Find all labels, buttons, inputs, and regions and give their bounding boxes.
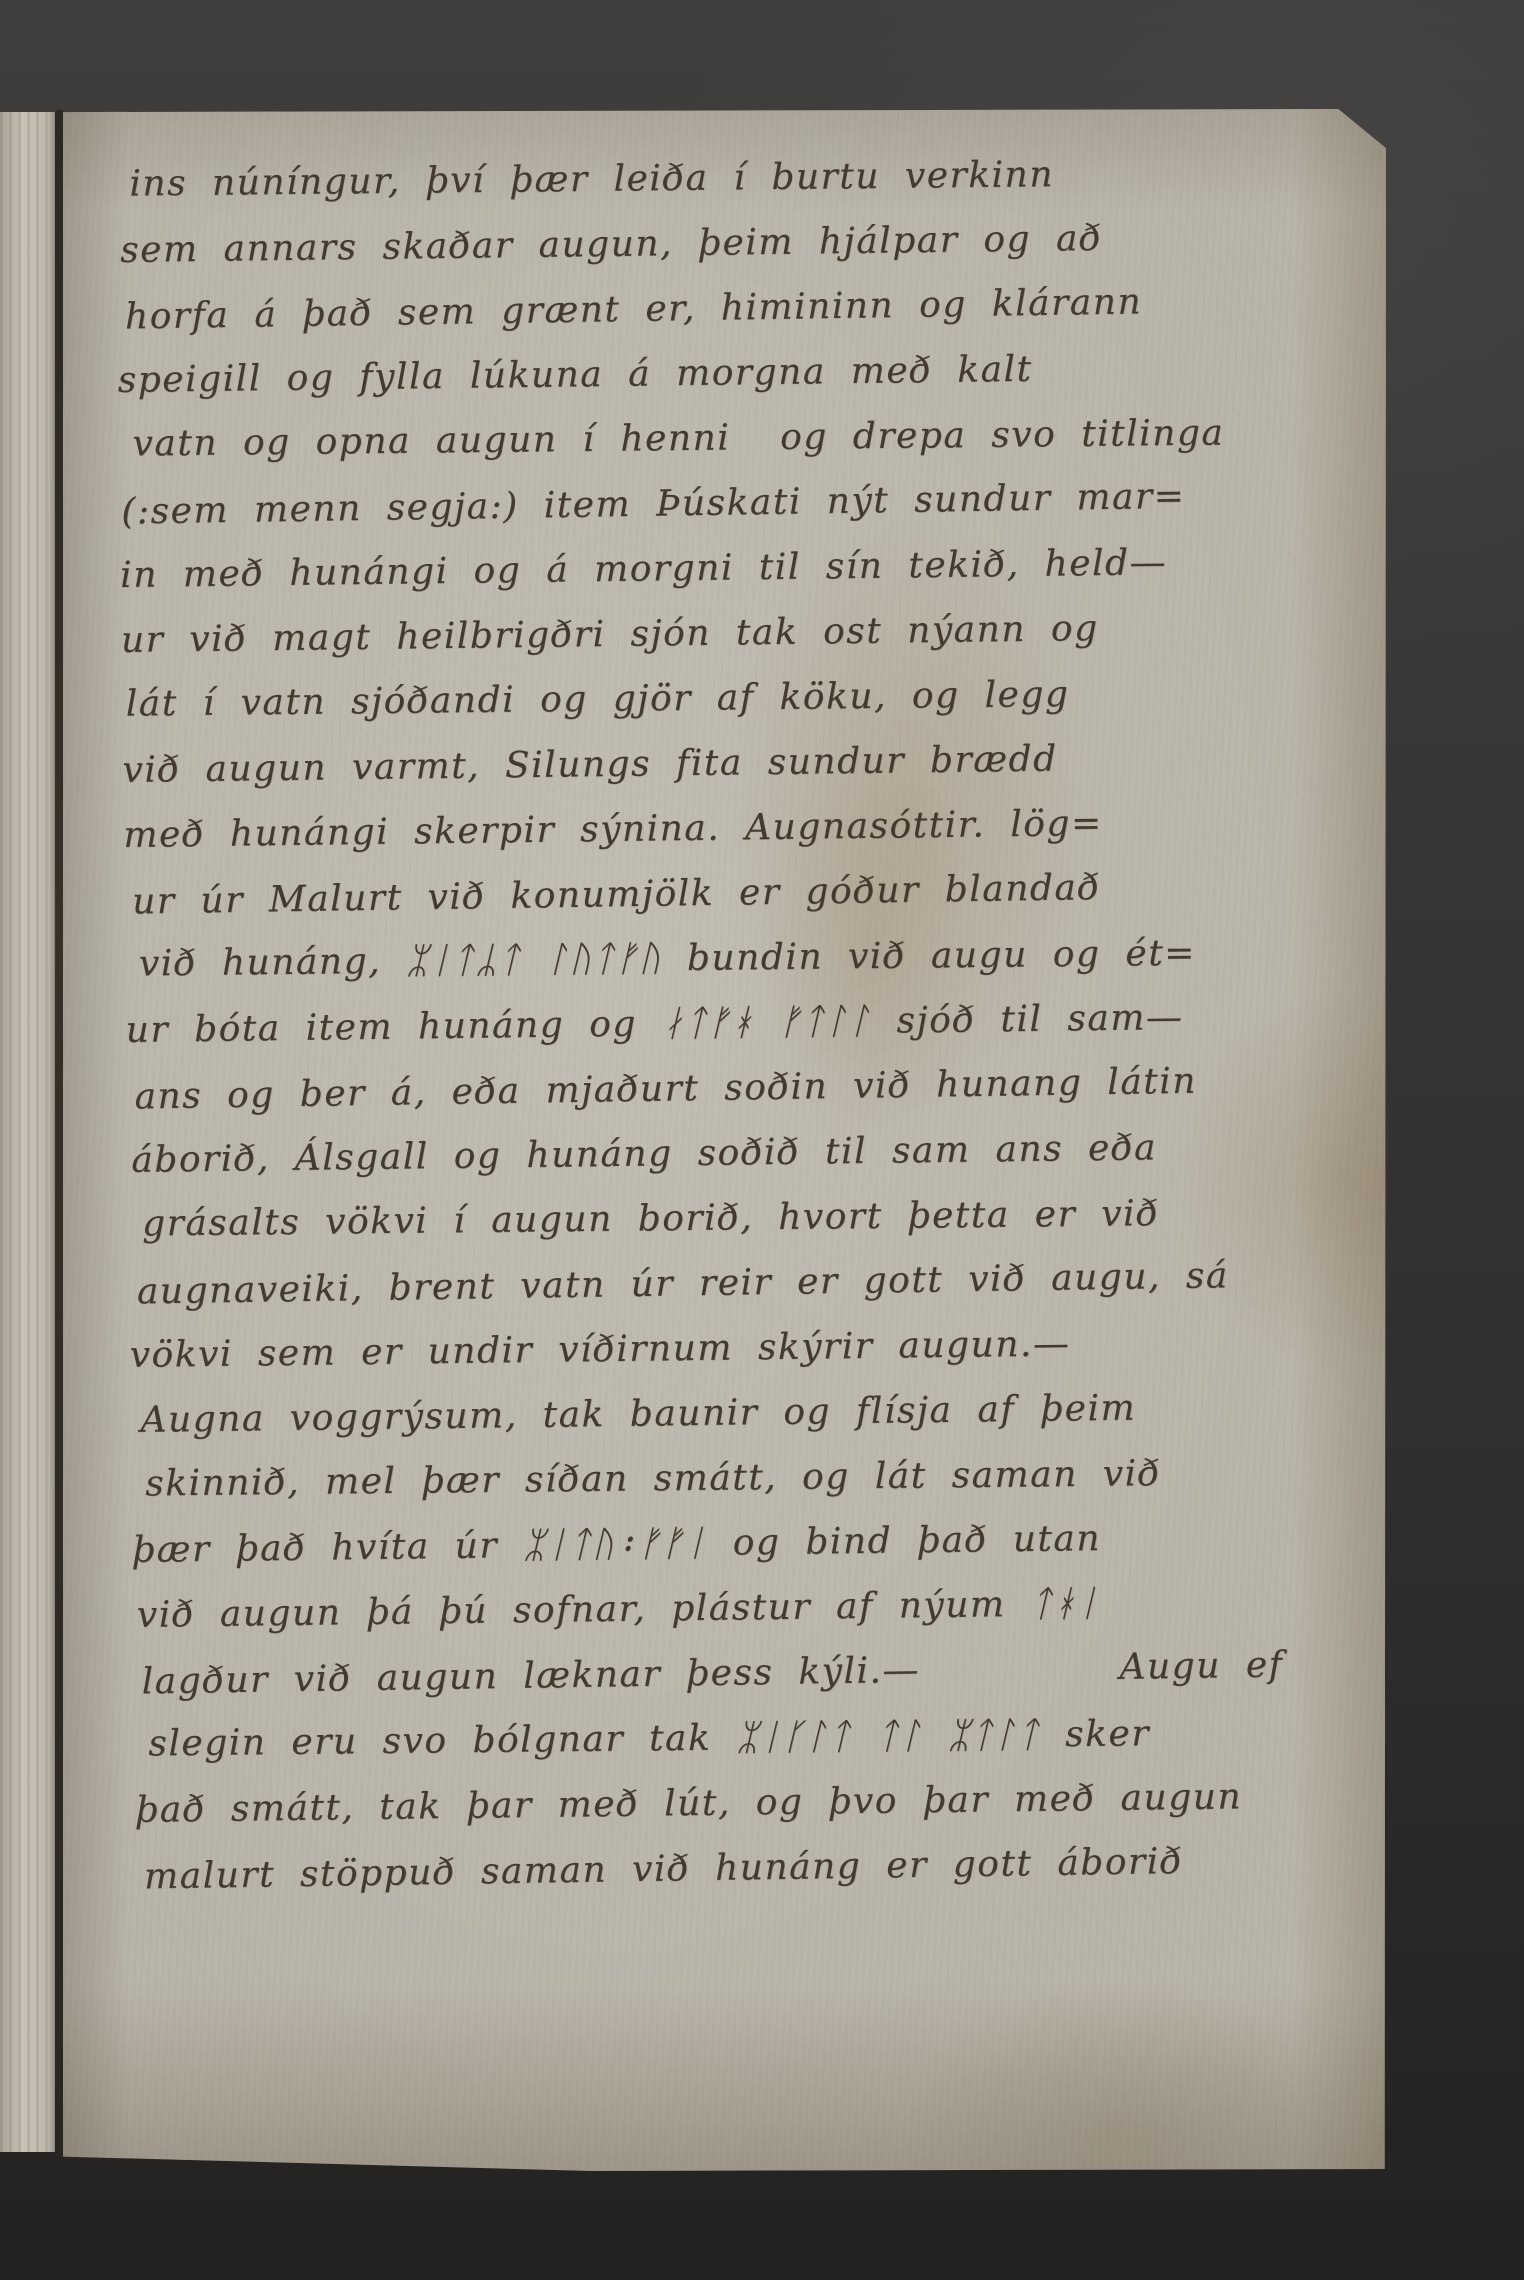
manuscript-line: skinnið, mel þær síðan smátt, og lát sam… [145, 1439, 1372, 1516]
book-gutter [55, 110, 64, 2156]
manuscript-line: lát í vatn sjóðandi og gjör af köku, og … [125, 659, 1362, 737]
manuscript-page: ins núníngur, því þær leiða í burtu verk… [63, 109, 1386, 2171]
scan-background: ins núníngur, því þær leiða í burtu verk… [0, 0, 1524, 2280]
adjacent-page-edge [0, 112, 56, 2152]
manuscript-line: við hunáng, ᛯᛁᛏᛦᛏ ᛚᚢᛏᚠᚢ bundin við augu … [139, 919, 1366, 996]
manuscript-text: ins núníngur, því þær leiða í burtu verk… [115, 138, 1376, 1908]
manuscript-line: slegin eru svo bólgnar tak ᛯᛁᚴᛚᛏ ᛏᛚ ᛯᛏᛚᛏ… [148, 1699, 1375, 1776]
manuscript-line: ins núníngur, því þær leiða í burtu verk… [129, 139, 1356, 216]
